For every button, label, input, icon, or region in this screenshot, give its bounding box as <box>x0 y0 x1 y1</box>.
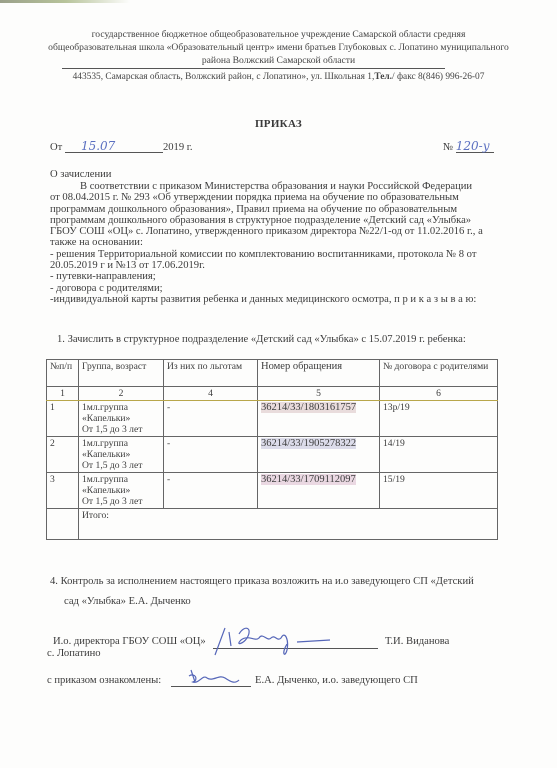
header-cell: № договора с родителями <box>380 360 498 387</box>
contract-cell: 14/19 <box>380 437 498 473</box>
empty-cell <box>47 509 79 540</box>
preamble-line: также на основании: <box>50 237 520 248</box>
preamble-line: - договора с родителями; <box>50 283 520 294</box>
letterhead-line-1: государственное бюджетное общеобразовате… <box>0 28 557 41</box>
header-cell: №п/п <box>47 360 79 387</box>
acquainted-signature <box>185 666 245 688</box>
benefit-cell: - <box>164 437 258 473</box>
request-cell: 36214/33/1803161757 <box>258 401 380 437</box>
director-label: И.о. директора ГБОУ СОШ «ОЦ» <box>53 636 206 647</box>
item-4-line: 4. Контроль за исполнением настоящего пр… <box>50 576 474 587</box>
item-4-line: сад «Улыбка» Е.А. Дыченко <box>50 596 474 607</box>
group-age: От 1,5 до 3 лет <box>82 424 160 435</box>
number-cell: 2 <box>79 387 164 401</box>
header-cell: Из них по льготам <box>164 360 258 387</box>
director-name: Т.И. Виданова <box>385 636 449 647</box>
letterhead-line-3: района Волжский Самарской области <box>0 54 557 67</box>
preamble-line: программам дошкольного образования в стр… <box>50 215 520 226</box>
group-cell: 1мл.группа«Капельки»От 1,5 до 3 лет <box>79 473 164 509</box>
request-cell: 36214/33/1905278322 <box>258 437 380 473</box>
preamble-line: 20.05.2019 г и №13 от 17.06.2019г. <box>50 260 520 271</box>
preamble: В соответствии с приказом Министерства о… <box>50 181 520 305</box>
date-year: 2019 г. <box>163 142 193 153</box>
contract-cell: 15/19 <box>380 473 498 509</box>
benefit-cell: - <box>164 401 258 437</box>
group-cell: 1мл.группа«Капельки»От 1,5 до 3 лет <box>79 437 164 473</box>
preamble-line: ГБОУ СОШ «ОЦ» с. Лопатино, утвержденного… <box>50 226 520 237</box>
table-row: 3 1мл.группа«Капельки»От 1,5 до 3 лет - … <box>47 473 498 509</box>
order-title: ПРИКАЗ <box>0 118 557 130</box>
request-number: 36214/33/1905278322 <box>261 438 356 449</box>
number-cell: 1 <box>47 387 79 401</box>
director-signature <box>205 620 340 660</box>
table-header-row: №п/п Группа, возраст Из них по льготам Н… <box>47 360 498 387</box>
group-title: «Капельки» <box>82 449 160 460</box>
letterhead-line-2: общеобразовательная школа «Образовательн… <box>0 41 557 54</box>
place: с. Лопатино <box>47 648 101 659</box>
preamble-line: -индивидуальной карты развития ребенка и… <box>50 294 520 305</box>
address-text: 443535, Самарская область, Волжский райо… <box>73 72 375 82</box>
number-cell: 4 <box>164 387 258 401</box>
benefit-cell: - <box>164 473 258 509</box>
table-row: 2 1мл.группа«Капельки»От 1,5 до 3 лет - … <box>47 437 498 473</box>
group-name: 1мл.группа <box>82 438 160 449</box>
row-number: 3 <box>47 473 79 509</box>
table-numbering-row: 1 2 4 5 6 <box>47 387 498 401</box>
item-1: 1. Зачислить в структурное подразделение… <box>57 334 466 345</box>
group-name: 1мл.группа <box>82 474 160 485</box>
date-prefix: От <box>50 142 62 153</box>
preamble-line: - путевки-направления; <box>50 271 520 282</box>
request-number: 36214/33/1803161757 <box>261 402 356 413</box>
letterhead-divider <box>62 68 445 69</box>
acquainted-label: с приказом ознакомлены: <box>47 675 161 686</box>
table-row: 1 1мл.группа«Капельки»От 1,5 до 3 лет - … <box>47 401 498 437</box>
total-label: Итого: <box>79 509 498 540</box>
letterhead-address: 443535, Самарская область, Волжский райо… <box>0 72 557 82</box>
group-age: От 1,5 до 3 лет <box>82 460 160 471</box>
phone-number: / факс 8(846) 996-26-07 <box>392 72 484 82</box>
number-cell: 6 <box>380 387 498 401</box>
item-4: 4. Контроль за исполнением настоящего пр… <box>50 576 474 608</box>
scan-edge-strip <box>0 0 130 3</box>
header-cell: Группа, возраст <box>79 360 164 387</box>
number-cell: 5 <box>258 387 380 401</box>
group-title: «Капельки» <box>82 413 160 424</box>
request-number: 36214/33/1709112097 <box>261 474 356 485</box>
group-cell: 1мл.группа«Капельки»От 1,5 до 3 лет <box>79 401 164 437</box>
date-handwritten: 15.07 <box>65 141 163 153</box>
number-prefix: № <box>443 142 453 153</box>
phone-label: Тел. <box>374 72 392 82</box>
enrollment-table: №п/п Группа, возраст Из них по льготам Н… <box>46 359 498 540</box>
order-date: От 15.072019 г. <box>50 141 193 153</box>
group-title: «Капельки» <box>82 485 160 496</box>
contract-cell: 13р/19 <box>380 401 498 437</box>
row-number: 2 <box>47 437 79 473</box>
order-number: № 120-у <box>443 141 494 153</box>
acquainted-name: Е.А. Дыченко, и.о. заведующего СП <box>255 675 418 686</box>
preamble-line: программам дошкольного образования», Пра… <box>50 204 520 215</box>
preamble-line: В соответствии с приказом Министерства о… <box>50 181 520 192</box>
number-handwritten: 120-у <box>456 141 494 153</box>
group-age: От 1,5 до 3 лет <box>82 496 160 507</box>
table-total-row: Итого: <box>47 509 498 540</box>
order-subject: О зачислении <box>50 169 111 180</box>
preamble-line: от 08.04.2015 г. № 293 «Об утверждении п… <box>50 192 520 203</box>
row-number: 1 <box>47 401 79 437</box>
group-name: 1мл.группа <box>82 402 160 413</box>
preamble-line: - решения Территориальной комиссии по ко… <box>50 249 520 260</box>
header-cell: Номер обращения <box>258 360 380 387</box>
request-cell: 36214/33/1709112097 <box>258 473 380 509</box>
